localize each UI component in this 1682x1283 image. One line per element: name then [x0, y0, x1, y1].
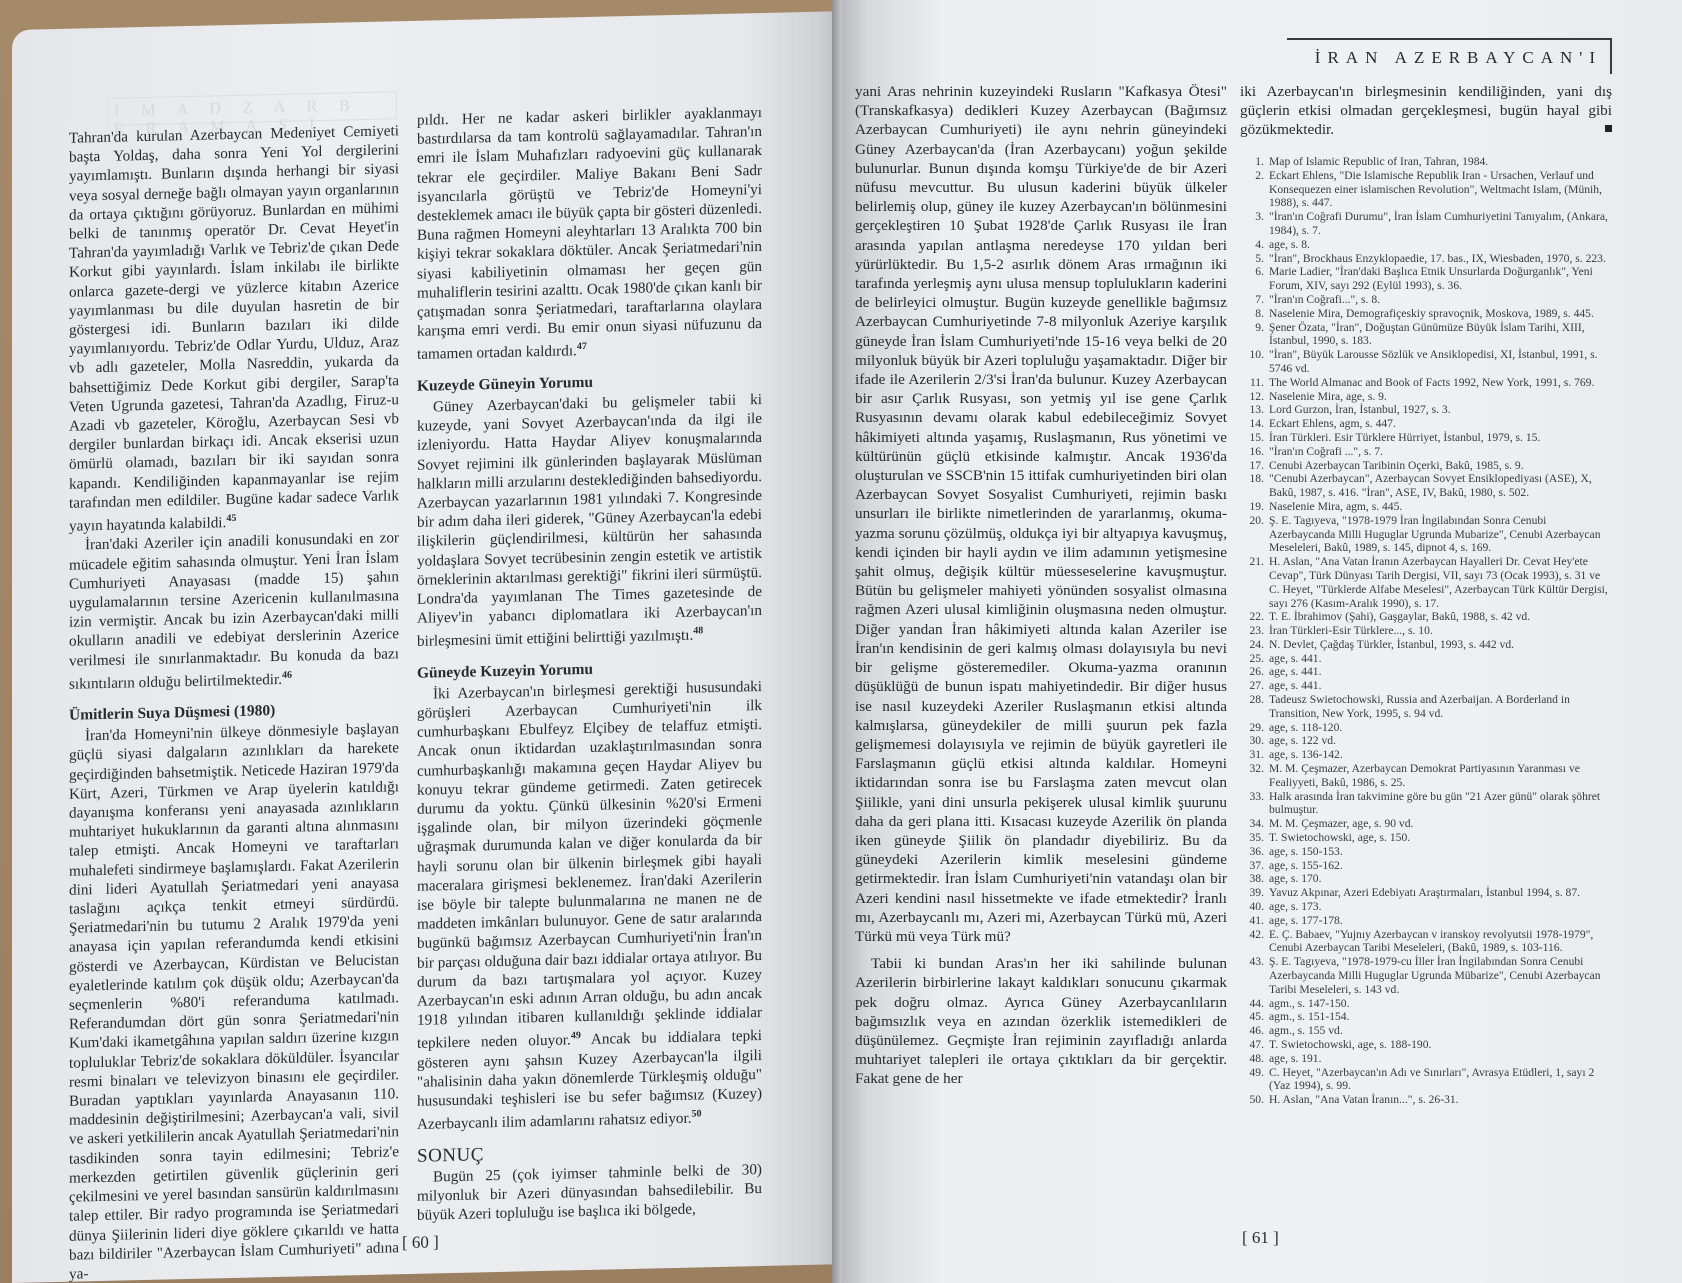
endnote-number: 25. [1240, 652, 1269, 666]
paragraph: Güney Azerbaycan'daki bu gelişmeler tabi… [417, 391, 762, 650]
endnote-text: agm., s. 151-154. [1269, 1010, 1612, 1024]
endnote-text: "İran'ın Coğrafi ...", s. 7. [1269, 445, 1612, 459]
endnote-text: Lord Gurzon, İran, İstanbul, 1927, s. 3. [1269, 403, 1612, 417]
endnote-item: 30.age, s. 122 vd. [1240, 734, 1612, 748]
endnote-item: 21.H. Aslan, "Ana Vatan İranın Azerbayca… [1240, 555, 1612, 610]
endnote-text: H. Aslan, "Ana Vatan İranın Azerbaycan H… [1269, 555, 1612, 610]
endnote-number: 8. [1240, 307, 1269, 321]
endnote-text: Map of Islamic Republic of Iran, Tahran,… [1269, 155, 1612, 169]
endnote-item: 44.agm., s. 147-150. [1240, 997, 1612, 1011]
footnote-ref[interactable]: 49 [571, 1031, 581, 1042]
endnote-number: 28. [1240, 693, 1269, 721]
page-number: [ 61 ] [1242, 1228, 1279, 1248]
endnote-number: 23. [1240, 624, 1269, 638]
endnote-item: 45.agm., s. 151-154. [1240, 1010, 1612, 1024]
end-of-article-mark [1605, 125, 1612, 132]
endnote-item: 15.İran Türkleri. Esir Türklere Hürriyet… [1240, 431, 1612, 445]
endnote-number: 49. [1240, 1066, 1269, 1094]
endnote-item: 1.Map of Islamic Republic of Iran, Tahra… [1240, 155, 1612, 169]
footnote-ref[interactable]: 47 [577, 341, 587, 352]
endnote-number: 42. [1240, 928, 1269, 956]
paragraph: İran'da Homeyni'nin ülkeye dönmesiyle ba… [69, 719, 399, 1283]
endnote-item: 50.H. Aslan, "Ana Vatan İranın...", s. 2… [1240, 1093, 1612, 1107]
left-page: I M A D Z A R B E R A M A S I Tahran'da … [12, 11, 842, 1283]
endnote-text: M. M. Çeşmazer, Azerbaycan Demokrat Part… [1269, 762, 1612, 790]
endnote-text: The World Almanac and Book of Facts 1992… [1269, 376, 1612, 390]
endnote-number: 45. [1240, 1010, 1269, 1024]
endnote-item: 31.age, s. 136-142. [1240, 748, 1612, 762]
endnote-item: 23.İran Türkleri-Esir Türklere..., s. 10… [1240, 624, 1612, 638]
endnote-item: 10."İran", Büyük Larousse Sözlük ve Ansi… [1240, 348, 1612, 376]
endnote-item: 35.T. Swietochowski, age, s. 150. [1240, 831, 1612, 845]
endnote-number: 17. [1240, 459, 1269, 473]
endnote-number: 32. [1240, 762, 1269, 790]
endnote-number: 18. [1240, 472, 1269, 500]
endnote-text: Eckart Ehlens, agm, s. 447. [1269, 417, 1612, 431]
footnote-ref[interactable]: 46 [282, 669, 292, 680]
endnote-text: age, s. 177-178. [1269, 914, 1612, 928]
endnote-item: 34.M. M. Çeşmazer, age, s. 90 vd. [1240, 817, 1612, 831]
endnote-number: 48. [1240, 1052, 1269, 1066]
endnote-item: 48.age, s. 191. [1240, 1052, 1612, 1066]
endnote-text: "İran", Büyük Larousse Sözlük ve Ansiklo… [1269, 348, 1612, 376]
endnote-item: 26.age, s. 441. [1240, 665, 1612, 679]
endnote-text: "Cenubi Azerbaycan", Azerbaycan Sovyet E… [1269, 472, 1612, 500]
endnote-number: 21. [1240, 555, 1269, 610]
endnote-text: H. Aslan, "Ana Vatan İranın...", s. 26-3… [1269, 1093, 1612, 1107]
endnote-text: T. Swietochowski, age, s. 150. [1269, 831, 1612, 845]
endnote-text: "İran'ın Coğrafi...", s. 8. [1269, 293, 1612, 307]
paragraph: İki Azerbaycan'ın birleşmesi gerektiği h… [417, 678, 762, 1053]
endnote-text: Naselenie Mira, age, s. 9. [1269, 390, 1612, 404]
endnote-item: 38.age, s. 170. [1240, 872, 1612, 886]
endnote-number: 7. [1240, 293, 1269, 307]
endnote-text: age, s. 441. [1269, 679, 1612, 693]
endnote-number: 10. [1240, 348, 1269, 376]
endnote-text: age, s. 441. [1269, 665, 1612, 679]
paragraph: Tabii ki bundan Aras'ın her iki sahilind… [855, 954, 1227, 1088]
endnote-text: İran Türkleri. Esir Türklere Hürriyet, İ… [1269, 431, 1612, 445]
endnote-number: 35. [1240, 831, 1269, 845]
endnote-text: Marie Ladier, "İran'daki Başlıca Etnik U… [1269, 265, 1612, 293]
endnote-number: 39. [1240, 886, 1269, 900]
endnote-item: 27.age, s. 441. [1240, 679, 1612, 693]
endnote-text: age, s. 8. [1269, 238, 1612, 252]
endnote-text: age, s. 150-153. [1269, 845, 1612, 859]
endnote-text: Ş. E. Tagıyeva, "1978-1979-cu İller İran… [1269, 955, 1612, 996]
endnote-item: 20.Ş. E. Tagıyeva, "1978-1979 İran İngil… [1240, 514, 1612, 555]
endnote-item: 40.age, s. 173. [1240, 900, 1612, 914]
right-column-2: iki Azerbaycan'ın birleşmesinin kendiliğ… [1240, 82, 1612, 140]
endnote-text: "İran'ın Coğrafi Durumu", İran İslam Cum… [1269, 210, 1612, 238]
endnote-item: 24.N. Devlet, Çağdaş Türkler, İstanbul, … [1240, 638, 1612, 652]
paragraph: iki Azerbaycan'ın birleşmesinin kendiliğ… [1240, 83, 1612, 138]
endnote-number: 40. [1240, 900, 1269, 914]
endnote-item: 7."İran'ın Coğrafi...", s. 8. [1240, 293, 1612, 307]
endnote-item: 36.age, s. 150-153. [1240, 845, 1612, 859]
endnote-number: 12. [1240, 390, 1269, 404]
endnote-number: 15. [1240, 431, 1269, 445]
endnote-text: agm., s. 155 vd. [1269, 1024, 1612, 1038]
endnote-text: Ş. E. Tagıyeva, "1978-1979 İran İngilabı… [1269, 514, 1612, 555]
left-column-2: pıldı. Her ne kadar askeri birlikler aya… [417, 103, 762, 1225]
endnote-number: 37. [1240, 859, 1269, 873]
endnote-text: age, s. 173. [1269, 900, 1612, 914]
endnote-item: 6.Marie Ladier, "İran'daki Başlıca Etnik… [1240, 265, 1612, 293]
page-number: [ 60 ] [402, 1232, 439, 1253]
endnote-text: agm., s. 147-150. [1269, 997, 1612, 1011]
footnote-ref[interactable]: 50 [692, 1109, 702, 1120]
endnote-number: 36. [1240, 845, 1269, 859]
endnote-item: 46.agm., s. 155 vd. [1240, 1024, 1612, 1038]
endnote-number: 13. [1240, 403, 1269, 417]
endnote-number: 9. [1240, 321, 1269, 349]
paragraph: yani Aras nehrinin kuzeyindeki Rusların … [855, 82, 1227, 946]
endnote-item: 4.age, s. 8. [1240, 238, 1612, 252]
endnote-text: Eckart Ehlens, "Die Islamische Republik … [1269, 169, 1612, 210]
endnote-number: 19. [1240, 500, 1269, 514]
endnote-text: age, s. 441. [1269, 652, 1612, 666]
endnote-item: 25.age, s. 441. [1240, 652, 1612, 666]
endnote-text: İran Türkleri-Esir Türklere..., s. 10. [1269, 624, 1612, 638]
endnote-text: "İran", Brockhaus Enzyklopaedie, 17. bas… [1269, 252, 1612, 266]
endnote-text: Naselenie Mira, Demografiçeskiy spravoçn… [1269, 307, 1612, 321]
running-head: İRAN AZERBAYCAN'I [1287, 38, 1612, 74]
endnote-number: 29. [1240, 721, 1269, 735]
endnote-number: 46. [1240, 1024, 1269, 1038]
endnote-item: 8.Naselenie Mira, Demografiçeskiy spravo… [1240, 307, 1612, 321]
endnote-text: M. M. Çeşmazer, age, s. 90 vd. [1269, 817, 1612, 831]
endnote-item: 3."İran'ın Coğrafi Durumu", İran İslam C… [1240, 210, 1612, 238]
endnote-number: 5. [1240, 252, 1269, 266]
endnote-item: 33.Halk arasında İran takvimine göre bu … [1240, 790, 1612, 818]
endnote-item: 28.Tadeusz Swietochowski, Russia and Aze… [1240, 693, 1612, 721]
endnote-item: 12.Naselenie Mira, age, s. 9. [1240, 390, 1612, 404]
endnote-text: age, s. 118-120. [1269, 721, 1612, 735]
endnote-text: T. E. İbrahimov (Şahi), Gaşgaylar, Bakû,… [1269, 610, 1612, 624]
endnote-item: 42.E. Ç. Babaev, "Yujnıy Azerbaycan v ir… [1240, 928, 1612, 956]
endnote-item: 49.C. Heyet, "Azerbaycan'ın Adı ve Sınır… [1240, 1066, 1612, 1094]
endnote-text: age, s. 191. [1269, 1052, 1612, 1066]
endnote-item: 14.Eckart Ehlens, agm, s. 447. [1240, 417, 1612, 431]
paragraph: İran'daki Azeriler için anadili konusund… [69, 530, 399, 693]
endnote-number: 16. [1240, 445, 1269, 459]
endnote-text: Naselenie Mira, agm, s. 445. [1269, 500, 1612, 514]
endnote-item: 2.Eckart Ehlens, "Die Islamische Republi… [1240, 169, 1612, 210]
footnote-ref[interactable]: 45 [226, 513, 236, 524]
endnote-text: age, s. 155-162. [1269, 859, 1612, 873]
endnote-number: 2. [1240, 169, 1269, 210]
endnote-number: 24. [1240, 638, 1269, 652]
endnote-item: 29.age, s. 118-120. [1240, 721, 1612, 735]
endnote-text: E. Ç. Babaev, "Yujnıy Azerbaycan v irans… [1269, 928, 1612, 956]
endnotes-list: 1.Map of Islamic Republic of Iran, Tahra… [1240, 155, 1612, 1107]
endnote-text: Cenubi Azerbaycan Taribinin Oçerki, Bakû… [1269, 459, 1612, 473]
endnote-number: 41. [1240, 914, 1269, 928]
endnote-number: 34. [1240, 817, 1269, 831]
endnote-item: 37.age, s. 155-162. [1240, 859, 1612, 873]
endnote-number: 50. [1240, 1093, 1269, 1107]
endnote-text: Tadeusz Swietochowski, Russia and Azerba… [1269, 693, 1612, 721]
endnote-number: 27. [1240, 679, 1269, 693]
paragraph: pıldı. Her ne kadar askeri birlikler aya… [417, 104, 762, 363]
endnote-text: Halk arasında İran takvimine göre bu gün… [1269, 790, 1612, 818]
right-column-1: yani Aras nehrinin kuzeyindeki Rusların … [855, 82, 1227, 1089]
endnote-item: 22.T. E. İbrahimov (Şahi), Gaşgaylar, Ba… [1240, 610, 1612, 624]
endnote-number: 26. [1240, 665, 1269, 679]
endnote-text: age, s. 122 vd. [1269, 734, 1612, 748]
endnote-number: 47. [1240, 1038, 1269, 1052]
endnote-number: 31. [1240, 748, 1269, 762]
endnote-item: 5."İran", Brockhaus Enzyklopaedie, 17. b… [1240, 252, 1612, 266]
endnote-item: 43.Ş. E. Tagıyeva, "1978-1979-cu İller İ… [1240, 955, 1612, 996]
paragraph: Bugün 25 (çok iyimser tahminle belki de … [417, 1160, 762, 1225]
endnote-text: age, s. 170. [1269, 872, 1612, 886]
endnote-number: 22. [1240, 610, 1269, 624]
endnote-number: 33. [1240, 790, 1269, 818]
endnote-item: 32.M. M. Çeşmazer, Azerbaycan Demokrat P… [1240, 762, 1612, 790]
endnote-number: 43. [1240, 955, 1269, 996]
endnote-item: 19.Naselenie Mira, agm, s. 445. [1240, 500, 1612, 514]
faded-running-head: I M A D Z A R B E R A M A S I [107, 91, 397, 126]
endnote-number: 38. [1240, 872, 1269, 886]
endnote-number: 1. [1240, 155, 1269, 169]
endnote-text: Şener Özata, "İran", Doğuştan Günümüze B… [1269, 321, 1612, 349]
endnote-item: 11.The World Almanac and Book of Facts 1… [1240, 376, 1612, 390]
endnote-text: age, s. 136-142. [1269, 748, 1612, 762]
endnote-text: N. Devlet, Çağdaş Türkler, İstanbul, 199… [1269, 638, 1612, 652]
endnote-text: Yavuz Akpınar, Azeri Edebiyatı Araştırma… [1269, 886, 1612, 900]
paragraph: Tahran'da kurulan Azerbaycan Medeniyet C… [69, 122, 399, 535]
endnote-item: 18."Cenubi Azerbaycan", Azerbaycan Sovye… [1240, 472, 1612, 500]
footnote-ref[interactable]: 48 [693, 626, 703, 637]
endnote-number: 4. [1240, 238, 1269, 252]
endnote-item: 41.age, s. 177-178. [1240, 914, 1612, 928]
endnote-item: 13.Lord Gurzon, İran, İstanbul, 1927, s.… [1240, 403, 1612, 417]
endnote-number: 30. [1240, 734, 1269, 748]
endnote-item: 47.T. Swietochowski, age, s. 188-190. [1240, 1038, 1612, 1052]
endnote-number: 11. [1240, 376, 1269, 390]
left-column-1: Tahran'da kurulan Azerbaycan Medeniyet C… [69, 121, 399, 1283]
endnote-item: 39.Yavuz Akpınar, Azeri Edebiyatı Araştı… [1240, 886, 1612, 900]
endnote-item: 9.Şener Özata, "İran", Doğuştan Günümüze… [1240, 321, 1612, 349]
endnote-number: 44. [1240, 997, 1269, 1011]
endnote-item: 17.Cenubi Azerbaycan Taribinin Oçerki, B… [1240, 459, 1612, 473]
endnote-text: C. Heyet, "Azerbaycan'ın Adı ve Sınırlar… [1269, 1066, 1612, 1094]
endnote-number: 20. [1240, 514, 1269, 555]
endnote-item: 16."İran'ın Coğrafi ...", s. 7. [1240, 445, 1612, 459]
endnote-text: T. Swietochowski, age, s. 188-190. [1269, 1038, 1612, 1052]
endnote-number: 14. [1240, 417, 1269, 431]
endnote-number: 3. [1240, 210, 1269, 238]
endnote-number: 6. [1240, 265, 1269, 293]
